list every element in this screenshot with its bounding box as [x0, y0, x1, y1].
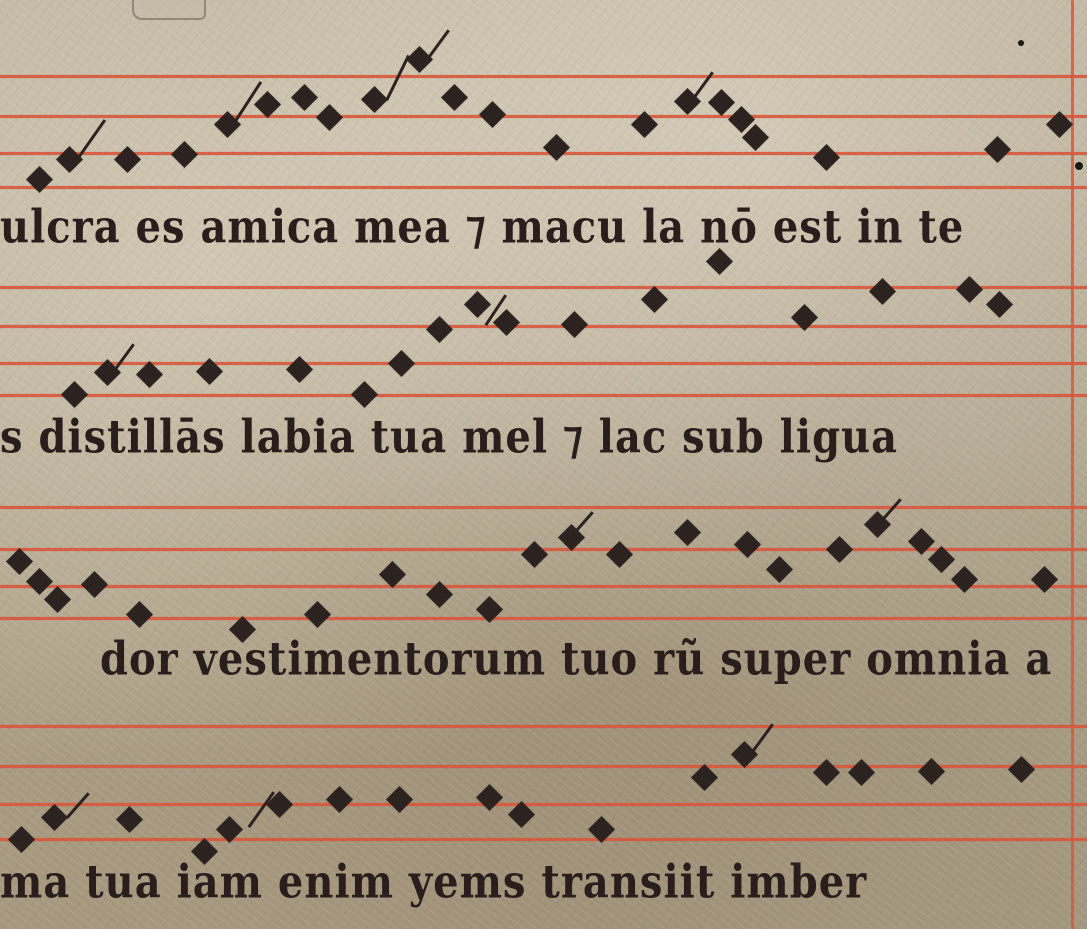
note-icon: [766, 556, 793, 583]
ink-speck: [1018, 40, 1024, 46]
note-icon: [304, 601, 331, 628]
staff-line: [0, 75, 1087, 78]
note-icon: [171, 141, 198, 168]
note-icon: [848, 759, 875, 786]
note-icon: [254, 91, 281, 118]
note-icon: [543, 134, 570, 161]
note-icon: [291, 84, 318, 111]
ink-speck: [1075, 162, 1083, 170]
note-icon: [813, 759, 840, 786]
staff-line: [0, 617, 1087, 620]
note-icon: [734, 531, 761, 558]
note-icon: [464, 291, 491, 318]
staff-line: [0, 725, 1087, 728]
note-icon: [361, 86, 388, 113]
note-icon: [326, 786, 353, 813]
note-icon: [441, 84, 468, 111]
note-icon: [286, 356, 313, 383]
note-icon: [986, 291, 1013, 318]
note-icon: [351, 381, 378, 408]
staff-line: [0, 115, 1087, 118]
lyric-line-2: s distillās labia tua mel ⁊ lac sub ligu…: [0, 410, 898, 464]
note-icon: [41, 804, 68, 831]
staff-line: [0, 803, 1087, 806]
note-icon: [951, 566, 978, 593]
lyric-line-3: dor vestimentorum tuo rũ super omnia a: [100, 632, 1052, 686]
parchment-texture: [0, 0, 1087, 929]
note-icon: [426, 316, 453, 343]
note-icon: [136, 361, 163, 388]
note-icon: [521, 541, 548, 568]
note-icon: [379, 561, 406, 588]
note-icon: [1031, 566, 1058, 593]
note-icon: [388, 350, 415, 377]
staff-line: [0, 286, 1087, 289]
note-icon: [708, 89, 735, 116]
note-icon: [826, 536, 853, 563]
paper-repair-patch: [132, 0, 206, 20]
note-icon: [606, 541, 633, 568]
neume-connector: [426, 29, 450, 61]
note-icon: [61, 381, 88, 408]
staff-line: [0, 394, 1087, 397]
note-icon: [6, 548, 33, 575]
neume-connector: [878, 498, 902, 525]
note-icon: [869, 278, 896, 305]
note-icon: [956, 276, 983, 303]
note-icon: [316, 104, 343, 131]
note-icon: [918, 758, 945, 785]
note-icon: [1008, 756, 1035, 783]
note-icon: [674, 519, 701, 546]
note-icon: [493, 309, 520, 336]
note-icon: [641, 286, 668, 313]
note-icon: [984, 136, 1011, 163]
staff-line: [0, 585, 1087, 588]
note-icon: [126, 601, 153, 628]
staff-line: [0, 838, 1087, 841]
note-icon: [386, 786, 413, 813]
note-icon: [8, 826, 35, 853]
lyric-line-1: ulcra es amica mea ⁊ macu la nō est in t…: [0, 200, 964, 254]
staff-line: [0, 506, 1087, 509]
manuscript-leaf: ulcra es amica mea ⁊ macu la nō est in t…: [0, 0, 1087, 929]
note-icon: [479, 101, 506, 128]
staff-line: [0, 325, 1087, 328]
staff-line: [0, 152, 1087, 155]
note-icon: [813, 144, 840, 171]
note-icon: [476, 784, 503, 811]
lyric-line-4: ma tua iam enim yems transiit imber: [0, 855, 867, 909]
neume-connector: [111, 343, 135, 375]
staff-line: [0, 186, 1087, 189]
note-icon: [116, 806, 143, 833]
note-icon: [691, 764, 718, 791]
note-icon: [26, 568, 53, 595]
margin-rule: [1071, 0, 1074, 929]
note-icon: [81, 571, 108, 598]
staff-line: [0, 362, 1087, 365]
note-icon: [561, 311, 588, 338]
note-icon: [44, 586, 71, 613]
neume-connector: [750, 723, 774, 755]
note-icon: [114, 146, 141, 173]
